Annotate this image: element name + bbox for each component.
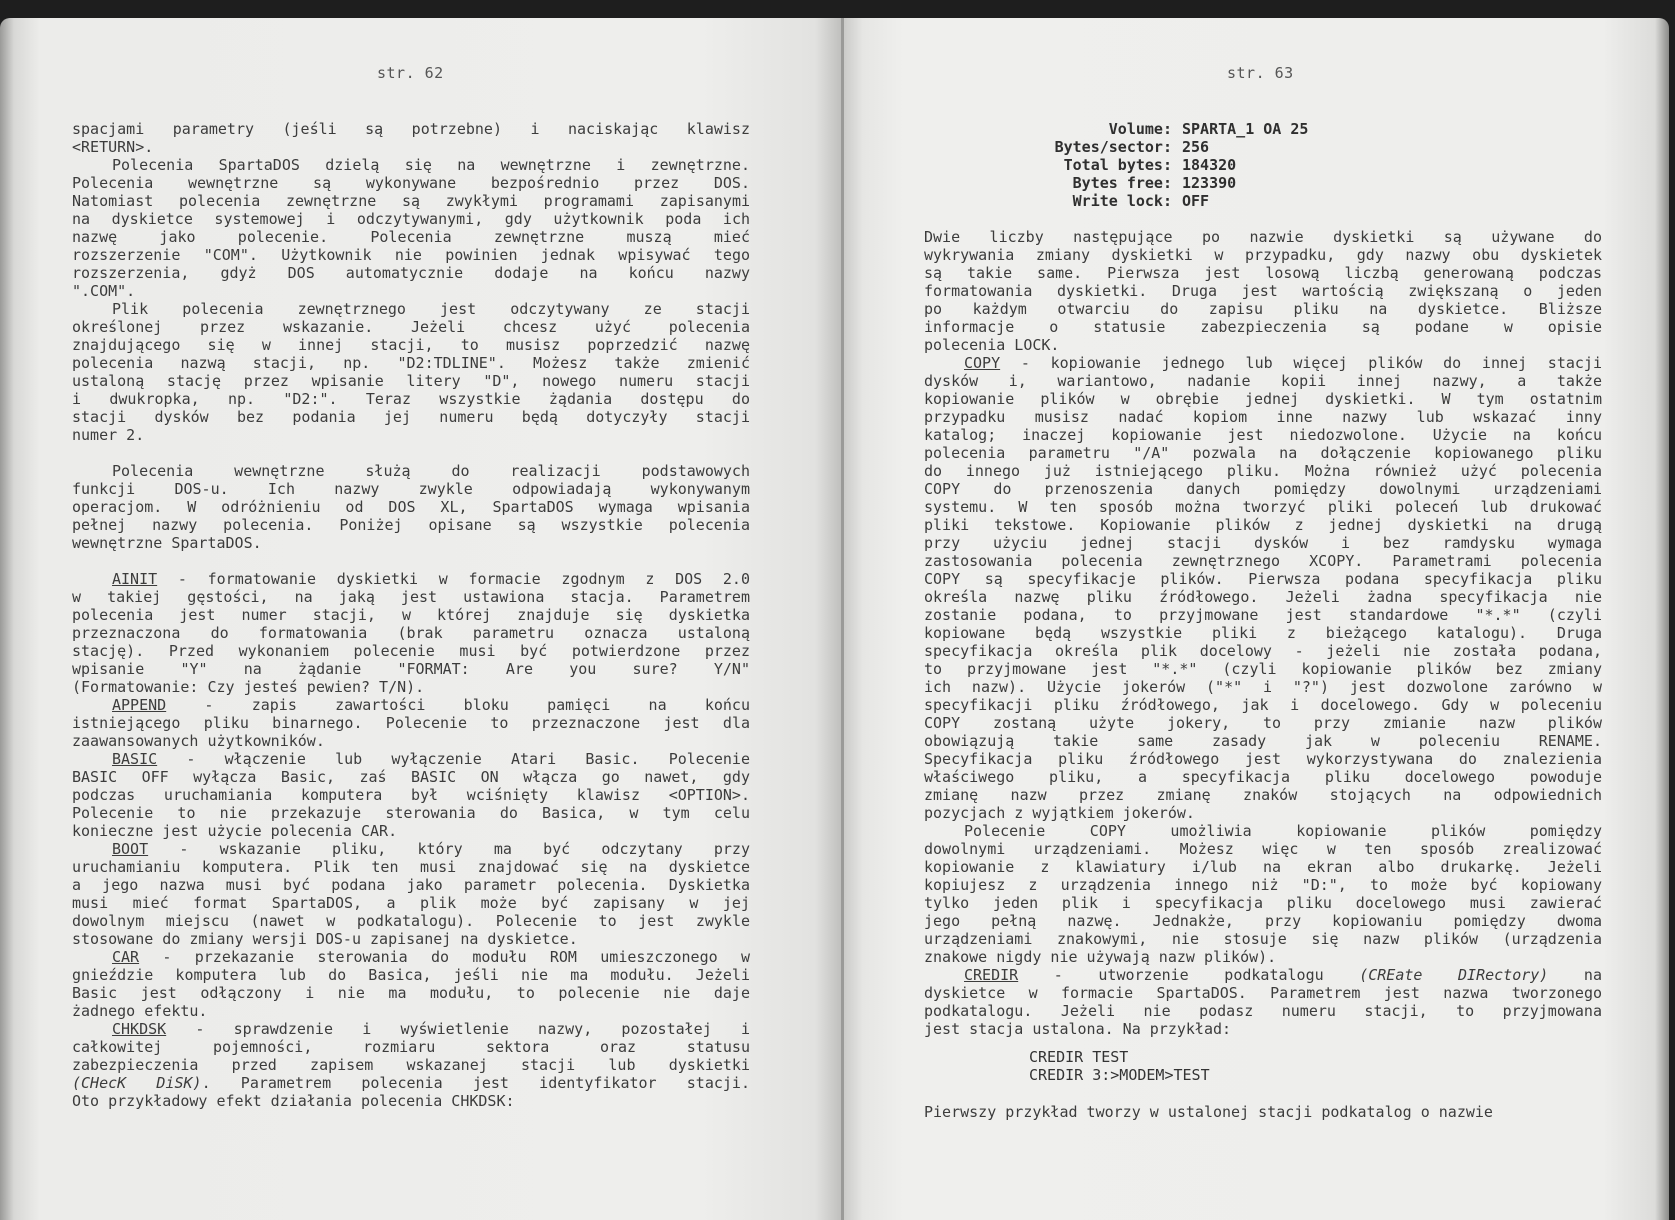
- text-line: operacjom. W odróżnieniu od DOS XL, Spar…: [72, 498, 750, 516]
- text-line: dowolnym miejscu (nawet w podkatalogu). …: [72, 912, 750, 930]
- text-line: formatowania dyskietki. Druga jest warto…: [924, 282, 1602, 300]
- text-line: stację). Przed wykonaniem polecenie musi…: [72, 642, 750, 660]
- text-line: katalog; inaczej kopiowanie jest niedozw…: [924, 426, 1602, 444]
- text-line: dyskietce w formacie SpartaDOS. Parametr…: [924, 984, 1602, 1002]
- chkdsk-row: Write lock:OFF: [995, 192, 1308, 210]
- text-line: wykrywania zmiany dyskietki w przypadku,…: [924, 246, 1602, 264]
- text-line: Polecenia wewnętrzne są wykonywane bezpo…: [72, 174, 750, 192]
- chkdsk-row: Total bytes:184320: [995, 156, 1308, 174]
- text-line: funkcji DOS-u. Ich nazwy zwykle odpowiad…: [72, 480, 750, 498]
- command-name: BOOT: [112, 840, 148, 858]
- text-line: podkatalogu. Jeżeli nie podasz numeru st…: [924, 1002, 1602, 1020]
- text-line: systemu. W ten sposób można tworzyć plik…: [924, 498, 1602, 516]
- text-line: gnieździe komputera lub do Basica, jeśli…: [72, 966, 750, 984]
- text-line: pliki tekstowe. Kopiowanie plików z jedn…: [924, 516, 1602, 534]
- blank-line: [72, 552, 750, 570]
- text-line: ustaloną stację przez wpisanie litery "D…: [72, 372, 750, 390]
- text-line: do innego już istniejącego pliku. Można …: [924, 462, 1602, 480]
- text-line: BOOT - wskazanie pliku, który ma być odc…: [72, 840, 750, 858]
- italic-term: (CHecK DiSK): [72, 1074, 202, 1092]
- text-line: kopiowanie plików w obrębie jednej dyski…: [924, 390, 1602, 408]
- text-line: znajdującego się w innej stacji, to musi…: [72, 336, 750, 354]
- text-line: COPY zostaną użyte jokery, to przy zmian…: [924, 714, 1602, 732]
- text-line: (Formatowanie: Czy jesteś pewien? T/N).: [72, 678, 750, 696]
- text-line: COPY do przenoszenia danych pomiędzy dow…: [924, 480, 1602, 498]
- text-line: ".COM".: [72, 282, 750, 300]
- page-number-left: str. 62: [377, 64, 444, 82]
- text-line: zmianę nazw przez zmianę znaków stojącyc…: [924, 786, 1602, 804]
- text-line: spacjami parametry (jeśli są potrzebne) …: [72, 120, 750, 138]
- chkdsk-row: Bytes/sector:256: [995, 138, 1308, 156]
- text-line: Polecenia SpartaDOS dzielą się na wewnęt…: [72, 156, 750, 174]
- text-line: Polecenie COPY umożliwia kopiowanie plik…: [924, 822, 1602, 840]
- text-line: Natomiast polecenia zewnętrzne są zwykły…: [72, 192, 750, 210]
- text-line: dowolnymi urządzeniami. Możesz więc w te…: [924, 840, 1602, 858]
- chkdsk-row: Bytes free:123390: [995, 174, 1308, 192]
- chkdsk-value: SPARTA_1 OA 25: [1172, 120, 1308, 138]
- text-line: <RETURN>.: [72, 138, 750, 156]
- text-line: obowiązują takie same zasady jak w polec…: [924, 732, 1602, 750]
- text-line: rozszerzenia, gdyż DOS automatycznie dod…: [72, 264, 750, 282]
- text-line: wewnętrzne SpartaDOS.: [72, 534, 750, 552]
- text-line: BASIC OFF wyłącza Basic, zaś BASIC ON wł…: [72, 768, 750, 786]
- text-line: Plik polecenia zewnętrznego jest odczyty…: [72, 300, 750, 318]
- text-line: specyfikacja określa plik docelowy - jeż…: [924, 642, 1602, 660]
- text-line: APPEND - zapis zawartości bloku pamięci …: [72, 696, 750, 714]
- text-line: wpisanie "Y" na żądanie "FORMAT: Are you…: [72, 660, 750, 678]
- text-line: COPY są specyfikacje plików. Pierwsza po…: [924, 570, 1602, 588]
- text-line: CHKDSK - sprawdzenie i wyświetlenie nazw…: [72, 1020, 750, 1038]
- text-line: przeznaczona do formatowania (brak param…: [72, 624, 750, 642]
- text-line: kopiowane będą wszystkie pliki z bieżące…: [924, 624, 1602, 642]
- text-line: (CHecK DiSK). Parametrem polecenia jest …: [72, 1074, 750, 1092]
- chkdsk-value: 256: [1172, 138, 1209, 156]
- page-number-right: str. 63: [1227, 64, 1294, 82]
- right-page-trailing-line: Pierwszy przykład tworzy w ustalonej sta…: [924, 1103, 1602, 1121]
- chkdsk-value: 123390: [1172, 174, 1236, 192]
- italic-term: (CREate DIRectory): [1359, 966, 1548, 984]
- text-line: informacje o statusie zabezpieczenia są …: [924, 318, 1602, 336]
- text-line: Polecenia wewnętrzne służą do realizacji…: [72, 462, 750, 480]
- text-line: BASIC - włączenie lub wyłączenie Atari B…: [72, 750, 750, 768]
- chkdsk-value: 184320: [1172, 156, 1236, 174]
- credir-examples: CREDIR TESTCREDIR 3:>MODEM>TEST: [1029, 1048, 1210, 1084]
- text-line: dysków i, wariantowo, nadanie kopii inne…: [924, 372, 1602, 390]
- text-line: Basic jest odłączony i nie ma modułu, to…: [72, 984, 750, 1002]
- text-line: CAR - przekazanie sterowania do modułu R…: [72, 948, 750, 966]
- command-name: BASIC: [112, 750, 157, 768]
- command-name: CHKDSK: [112, 1020, 166, 1038]
- text-line: istniejącego pliku binarnego. Polecenie …: [72, 714, 750, 732]
- text-line: są takie same. Pierwsza jest losową licz…: [924, 264, 1602, 282]
- text-line: właściwego pliku, a specyfikacja pliku d…: [924, 768, 1602, 786]
- text-line: na dyskietce systemowej i odczytywanymi,…: [72, 210, 750, 228]
- text-line: COPY - kopiowanie jednego lub więcej pli…: [924, 354, 1602, 372]
- text-line: znakowe nigdy nie używają nazw plików).: [924, 948, 1602, 966]
- right-page-body: Dwie liczby następujące po nazwie dyskie…: [924, 228, 1602, 1038]
- text-line: pełnej nazwy polecenia. Poniżej opisane …: [72, 516, 750, 534]
- command-name: COPY: [964, 354, 1000, 372]
- text-line: musi mieć format SpartaDOS, a plik może …: [72, 894, 750, 912]
- text-line: Oto przykładowy efekt działania poleceni…: [72, 1092, 750, 1110]
- text-line: tylko jeden plik i specyfikacja pliku do…: [924, 894, 1602, 912]
- code-example: CREDIR 3:>MODEM>TEST: [1029, 1066, 1210, 1084]
- text-line: polecenia nazwą stacji, np. "D2:TDLINE".…: [72, 354, 750, 372]
- text-line: podczas uruchamiania komputera był wciśn…: [72, 786, 750, 804]
- text-line: numer 2.: [72, 426, 750, 444]
- text-line: kopiowanie z klawiatury i/lub na ekran a…: [924, 858, 1602, 876]
- text-line: stosowane do zmiany wersji DOS-u zapisan…: [72, 930, 750, 948]
- text-line: zastosowania polecenia zewnętrznego XCOP…: [924, 552, 1602, 570]
- left-page-body: spacjami parametry (jeśli są potrzebne) …: [72, 120, 750, 1110]
- chkdsk-label: Total bytes:: [995, 156, 1172, 174]
- text-line: stacji dysków bez podania jej numeru będ…: [72, 408, 750, 426]
- chkdsk-label: Write lock:: [995, 192, 1172, 210]
- text-line: zaawansowanych użytkowników.: [72, 732, 750, 750]
- text-line: polecenia parametru "/A" pozwala na dołą…: [924, 444, 1602, 462]
- command-name: AINIT: [112, 570, 157, 588]
- text-line: zostanie podana, to przyjmowane jest sta…: [924, 606, 1602, 624]
- text-line: jest stacja ustalona. Na przykład:: [924, 1020, 1602, 1038]
- text-line: specyfikacji pliku źródłowego, jak i doc…: [924, 696, 1602, 714]
- text-line: kopiujesz z urządzenia innego niż "D:", …: [924, 876, 1602, 894]
- text-line: CREDIR - utworzenie podkatalogu (CREate …: [924, 966, 1602, 984]
- text-line: żadnego efektu.: [72, 1002, 750, 1020]
- chkdsk-label: Volume:: [995, 120, 1172, 138]
- text-line: przy użyciu jednej stacji dysków i bez r…: [924, 534, 1602, 552]
- text-line: Specyfikacja pliku źródłowego jest wykor…: [924, 750, 1602, 768]
- text-line: przypadku musisz nadać kopiom inne nazwy…: [924, 408, 1602, 426]
- text-line: AINIT - formatowanie dyskietki w formaci…: [72, 570, 750, 588]
- text-line: określa nazwę pliku źródłowego. Jeżeli ż…: [924, 588, 1602, 606]
- code-example: CREDIR TEST: [1029, 1048, 1210, 1066]
- chkdsk-output: Volume:SPARTA_1 OA 25Bytes/sector:256Tot…: [995, 120, 1308, 210]
- chkdsk-value: OFF: [1172, 192, 1209, 210]
- command-name: CREDIR: [964, 966, 1018, 984]
- text-line: polecenia jest numer stacji, w której zn…: [72, 606, 750, 624]
- text-line: w takiej gęstości, na jaką jest ustawion…: [72, 588, 750, 606]
- text-line: polecenia LOCK.: [924, 336, 1602, 354]
- command-name: APPEND: [112, 696, 166, 714]
- text-line: to przyjmowane jest "*.*" (czyli kopiowa…: [924, 660, 1602, 678]
- text-line: jego pełną nazwę. Jednakże, przy kopiowa…: [924, 912, 1602, 930]
- text-line: całkowitej pojemności, rozmiaru sektora …: [72, 1038, 750, 1056]
- text-line: Polecenie to nie przekazuje sterowania d…: [72, 804, 750, 822]
- text-line: po każdym otwarciu do zapisu pliku na dy…: [924, 300, 1602, 318]
- text-line: i dwukropka, np. "D2:". Teraz wszystkie …: [72, 390, 750, 408]
- command-name: CAR: [112, 948, 139, 966]
- text-line: a jego nazwa musi być podana jako parame…: [72, 876, 750, 894]
- chkdsk-label: Bytes/sector:: [995, 138, 1172, 156]
- text-line: urządzeniami znakowymi, nie stosuje się …: [924, 930, 1602, 948]
- blank-line: [72, 444, 750, 462]
- text-line: zabezpieczenia przed zapisem wskazanej s…: [72, 1056, 750, 1074]
- text-line: konieczne jest użycie polecenia CAR.: [72, 822, 750, 840]
- text-line: Dwie liczby następujące po nazwie dyskie…: [924, 228, 1602, 246]
- book-gutter: [841, 18, 844, 1220]
- text-line: uruchamianiu komputera. Plik ten musi zn…: [72, 858, 750, 876]
- text-line: określonej przez wskazanie. Jeżeli chces…: [72, 318, 750, 336]
- text-line: rozszerzenie "COM". Użytkownik nie powin…: [72, 246, 750, 264]
- text-line: pozycjach z wyjątkiem jokerów.: [924, 804, 1602, 822]
- chkdsk-label: Bytes free:: [995, 174, 1172, 192]
- text-line: nazwę jako polecenie. Polecenia zewnętrz…: [72, 228, 750, 246]
- text-line: ich nazw). Użycie jokerów ("*" i "?") je…: [924, 678, 1602, 696]
- chkdsk-row: Volume:SPARTA_1 OA 25: [995, 120, 1308, 138]
